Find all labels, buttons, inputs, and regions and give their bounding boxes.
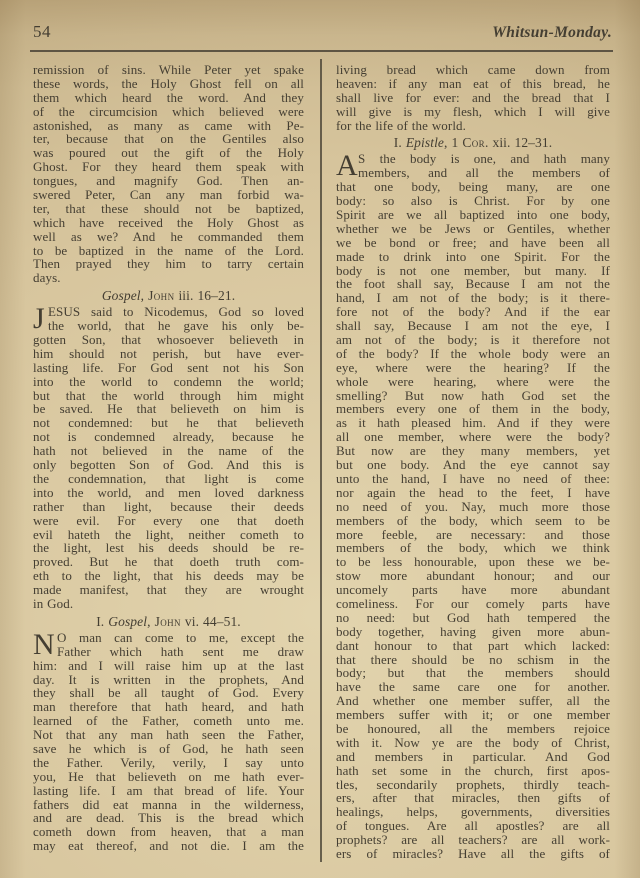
header-rule bbox=[30, 50, 613, 52]
text-line: learned of the Father, cometh unto me. bbox=[33, 714, 304, 728]
text-line: fathers did eat manna in the wilderness, bbox=[33, 798, 304, 812]
text-line: and members in particular. And God bbox=[336, 750, 610, 764]
text-line: but that the world through him might bbox=[33, 389, 304, 403]
heading-book-name: John bbox=[148, 288, 174, 303]
text-line: smelling? But now hath God set the bbox=[336, 389, 610, 403]
text-line: the light, lest his deeds should be re- bbox=[33, 541, 304, 555]
text-line: not is condemned already, because he bbox=[33, 430, 304, 444]
text-line: swered Peter, Can any man forbid wa- bbox=[33, 188, 304, 202]
text-line: uncomely parts have more abundant bbox=[336, 583, 610, 597]
paragraph: living bread which came down fromheaven:… bbox=[336, 63, 610, 132]
text-line: and are dead. This is the bread which bbox=[33, 811, 304, 825]
text-line: body is not one member, but many. If bbox=[336, 264, 610, 278]
text-line: proved. But he that doeth truth com- bbox=[33, 555, 304, 569]
text-line: but one body. And the eye cannot say bbox=[336, 458, 610, 472]
text-line: Spirit are we all baptized into one body… bbox=[336, 208, 610, 222]
text-line: be saved. He that believeth on him is bbox=[33, 402, 304, 416]
text-line: of tongues. Are all apostles? are all bbox=[336, 819, 610, 833]
text-line: save he which is of God, he hath seen bbox=[33, 742, 304, 756]
text-line: gotten Son, that whosoever believeth in bbox=[33, 333, 304, 347]
text-line: eye, where were the hearing? If the bbox=[336, 361, 610, 375]
text-line: these words, the Holy Ghost fell on all bbox=[33, 77, 304, 91]
heading-numeral: I. bbox=[96, 614, 108, 629]
text-line: hath not believed in the name of the bbox=[33, 444, 304, 458]
text-line: made to drink into one Spirit. For the bbox=[336, 250, 610, 264]
right-column: living bread which came down fromheaven:… bbox=[336, 63, 610, 861]
text-line: members of the body, which we think bbox=[336, 541, 610, 555]
text-line: that there should be no schism in the bbox=[336, 653, 610, 667]
text-line: made manifest, that they are wrought bbox=[33, 583, 304, 597]
text-line: cometh down from heaven, that a man bbox=[33, 825, 304, 839]
text-line: members every one of them in the body, bbox=[336, 402, 610, 416]
text-line: members, and all the members of bbox=[336, 166, 610, 180]
text-line: be honoured, all the members rejoice bbox=[336, 722, 610, 736]
paragraph: NO man can come to me, except theFather … bbox=[33, 631, 304, 853]
text-line: lasting life. I am that bread of life. Y… bbox=[33, 784, 304, 798]
text-line: which have received the Holy Ghost as bbox=[33, 216, 304, 230]
section-heading: I. Gospel, John vi. 44–51. bbox=[33, 614, 304, 629]
text-line: body: so also is Christ. For by one bbox=[336, 194, 610, 208]
text-line: body; but that the members should bbox=[336, 666, 610, 680]
text-line: were evil. For every one that doeth bbox=[33, 514, 304, 528]
text-line: into the world to condemn the world; bbox=[33, 375, 304, 389]
text-line: healings, helps, governments, diversitie… bbox=[336, 805, 610, 819]
text-line: we be bond or free; and have been all bbox=[336, 236, 610, 250]
heading-book-name: Cor bbox=[462, 135, 485, 150]
text-line: may eat thereof, and not die. I am the bbox=[33, 839, 304, 853]
text-line: man therefore that hath heard, and hath bbox=[33, 700, 304, 714]
text-line: well as we? And he commanded them bbox=[33, 230, 304, 244]
text-line: Not that any man hath seen the Father, bbox=[33, 728, 304, 742]
drop-cap: A bbox=[336, 153, 358, 179]
text-line: nor again the head to the feet, I have bbox=[336, 486, 610, 500]
drop-cap: N bbox=[33, 632, 55, 658]
text-line: S the body is one, and hath many bbox=[336, 152, 610, 166]
text-line: him: and I will raise him up at the last bbox=[33, 659, 304, 673]
text-line: for the life of the world. bbox=[336, 119, 610, 133]
text-line: ers, after that miracles, then gifts of bbox=[336, 791, 610, 805]
text-line: you, He that believeth on me hath ever- bbox=[33, 770, 304, 784]
text-line: prophets? are all teachers? are all work… bbox=[336, 833, 610, 847]
text-line: was poured out the gift of the Holy bbox=[33, 146, 304, 160]
text-line: living bread which came down from bbox=[336, 63, 610, 77]
heading-title: Gospel bbox=[108, 614, 147, 629]
text-line: tles, secondarily prophets, thirdly teac… bbox=[336, 778, 610, 792]
text-line: heaven: if any man eat of this bread, he bbox=[336, 77, 610, 91]
text-line: all one member, where were the body? bbox=[336, 430, 610, 444]
text-line: members suffer with it; or one member bbox=[336, 708, 610, 722]
text-line: as it hath pleased him. And if they were bbox=[336, 416, 610, 430]
page-number: 54 bbox=[33, 22, 51, 42]
heading-verse-ref: . xii. 12–31. bbox=[485, 135, 552, 150]
paragraph: AS the body is one, and hath manymembers… bbox=[336, 152, 610, 860]
text-line: tongues, and magnify God. Then an- bbox=[33, 174, 304, 188]
text-line: am not of the body; is it therefore not bbox=[336, 333, 610, 347]
text-line: the world, that he gave his only be- bbox=[33, 319, 304, 333]
text-line: stow more abundant honour; and our bbox=[336, 569, 610, 583]
text-line: shall live for ever: and the bread that … bbox=[336, 91, 610, 105]
heading-verse-ref: vi. 44–51. bbox=[181, 614, 241, 629]
text-line: them which heard the word. And they bbox=[33, 91, 304, 105]
text-line: of the circumcision which believed were bbox=[33, 105, 304, 119]
text-line: remission of sins. While Peter yet spake bbox=[33, 63, 304, 77]
text-line: to be baptized in the name of the Lord. bbox=[33, 244, 304, 258]
text-line: day. It is written in the prophets, And bbox=[33, 673, 304, 687]
text-line: they shall be all taught of God. Every bbox=[33, 686, 304, 700]
text-line: Then prayed they him to tarry certain bbox=[33, 257, 304, 271]
heading-title: Epistle bbox=[406, 135, 444, 150]
text-line: ESUS said to Nicodemus, God so loved bbox=[33, 305, 304, 319]
text-line: no need: but God hath tempered the bbox=[336, 611, 610, 625]
text-line: body together, having given more abun- bbox=[336, 625, 610, 639]
text-line: in God. bbox=[33, 597, 304, 611]
text-line: the foot shall say, Because I am not the bbox=[336, 277, 610, 291]
text-line: only begotten Son of God. And this is bbox=[33, 458, 304, 472]
heading-separator: , 1 bbox=[444, 135, 462, 150]
text-line: Father which hath sent me draw bbox=[33, 645, 304, 659]
text-line: astonished, as many as came with Pe- bbox=[33, 119, 304, 133]
section-heading: Gospel, John iii. 16–21. bbox=[33, 288, 304, 303]
text-line: But now are they many members, yet bbox=[336, 444, 610, 458]
text-line: him should not perish, but have ever- bbox=[33, 347, 304, 361]
heading-separator: , bbox=[147, 614, 154, 629]
text-line: dant honour to that part which lacked: bbox=[336, 639, 610, 653]
heading-verse-ref: iii. 16–21. bbox=[174, 288, 235, 303]
text-line: into the world, and men loved darkness bbox=[33, 486, 304, 500]
text-line: shall say, Because I am not the eye, I bbox=[336, 319, 610, 333]
text-line: fore not of the body? And if the ear bbox=[336, 305, 610, 319]
text-line: O man can come to me, except the bbox=[33, 631, 304, 645]
text-line: hand, I am not of the body; is it there- bbox=[336, 291, 610, 305]
text-line: ter, that these should not be baptized, bbox=[33, 202, 304, 216]
text-line: ter, because that on the Gentiles also bbox=[33, 132, 304, 146]
heading-separator: , bbox=[141, 288, 148, 303]
text-line: eth to the light, that his deeds may be bbox=[33, 569, 304, 583]
text-line: not condemned: but he that believeth bbox=[33, 416, 304, 430]
section-heading: I. Epistle, 1 Cor. xii. 12–31. bbox=[336, 135, 610, 150]
text-line: whole were hearing, where were the bbox=[336, 375, 610, 389]
text-line: to be less honourable, upon these we be- bbox=[336, 555, 610, 569]
heading-book-name: John bbox=[155, 614, 181, 629]
text-line: Ghost. For they heard them speak with bbox=[33, 160, 304, 174]
text-line: rather than light, because their deeds bbox=[33, 500, 304, 514]
running-title: Whitsun-Monday. bbox=[492, 24, 612, 42]
text-line: And whether one member suffer, all the bbox=[336, 694, 610, 708]
text-line: that one body, being many, are one bbox=[336, 180, 610, 194]
text-line: of the body? If the whole body were an bbox=[336, 347, 610, 361]
heading-title: Gospel bbox=[102, 288, 141, 303]
text-line: the Father. Verily, verily, I say unto bbox=[33, 756, 304, 770]
text-line: have the same care one for another. bbox=[336, 680, 610, 694]
text-line: the condemnation, that light is come bbox=[33, 472, 304, 486]
text-line: evil hateth the light, neither cometh to bbox=[33, 528, 304, 542]
text-line: whether we be Jews or Gentiles, whether bbox=[336, 222, 610, 236]
text-line: days. bbox=[33, 271, 304, 285]
paragraph: remission of sins. While Peter yet spake… bbox=[33, 63, 304, 285]
text-line: no need of you. Nay, much more those bbox=[336, 500, 610, 514]
text-line: with it. Now ye are the body of Christ, bbox=[336, 736, 610, 750]
column-divider bbox=[320, 59, 322, 862]
left-column: remission of sins. While Peter yet spake… bbox=[33, 63, 304, 853]
text-line: comeliness. For our comely parts have bbox=[336, 597, 610, 611]
text-line: more feeble, are necessary: and those bbox=[336, 528, 610, 542]
book-page: 54 Whitsun-Monday. remission of sins. Wh… bbox=[0, 0, 640, 878]
paragraph: JESUS said to Nicodemus, God so lovedthe… bbox=[33, 305, 304, 611]
text-line: lasting life. For God sent not his Son bbox=[33, 361, 304, 375]
text-line: ers of miracles? Have all the gifts of bbox=[336, 847, 610, 861]
drop-cap: J bbox=[33, 306, 45, 332]
heading-numeral: I. bbox=[394, 135, 406, 150]
text-line: unto the hand, I have no need of thee: bbox=[336, 472, 610, 486]
text-line: members of the body, which seem to be bbox=[336, 514, 610, 528]
text-line: hath set some in the church, first apos- bbox=[336, 764, 610, 778]
text-line: will give is my flesh, which I will give bbox=[336, 105, 610, 119]
